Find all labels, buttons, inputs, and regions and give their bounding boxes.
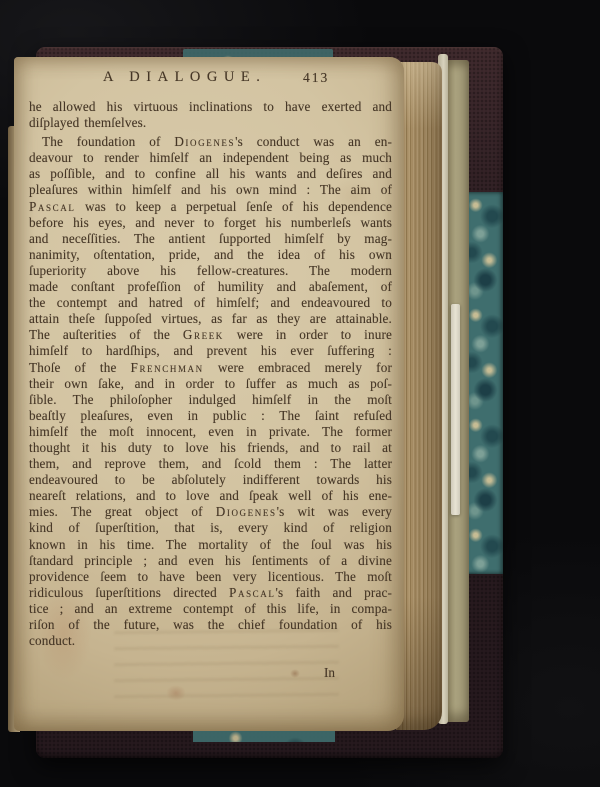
- text-line: before his eyes, and never to forget his…: [29, 215, 392, 231]
- catchword: In: [324, 665, 335, 680]
- text-line: pleaſures within himſelf and his own min…: [29, 182, 392, 198]
- text-line: ſible. The philoſopher indulged himſelf …: [29, 392, 392, 408]
- text-line: nanimity, oſtentation, pride, and the id…: [29, 247, 392, 263]
- text-line: Pascal was to keep a perpetual ſenſe of …: [29, 199, 392, 215]
- text-line: ridiculous ſuperſtitions directed Pascal…: [29, 585, 392, 601]
- bookmark-strip: [451, 304, 460, 515]
- text-line: tice ; and an extreme contempt of this l…: [29, 601, 392, 617]
- text-line: diſplayed themſelves.: [29, 115, 392, 131]
- text-line: them, and reprove them, and ſcold them :…: [29, 456, 392, 472]
- text-line: endeavoured to be abſolutely indifferent…: [29, 472, 392, 488]
- text-line: riſon of the future, was the chief found…: [29, 617, 392, 633]
- text-line: Thoſe of the Frenchman were embraced mer…: [29, 360, 392, 376]
- photo-stage: A DIALOGUE. 413 he allowed his virtuous …: [0, 0, 600, 787]
- marbled-board-right-edge: [464, 192, 503, 574]
- text-line: conduct.: [29, 633, 392, 649]
- text-line: himſelf the moſt innocent, even in priva…: [29, 424, 392, 440]
- page-content: A DIALOGUE. 413 he allowed his virtuous …: [29, 69, 392, 682]
- text-line: thought it his duty to love his friends,…: [29, 440, 392, 456]
- page-header: A DIALOGUE. 413: [29, 69, 392, 86]
- text-line: made conſtant profeſſion of humility and…: [29, 279, 392, 295]
- text-line: known in his time. The mortality of the …: [29, 537, 392, 553]
- text-line: beaſtly pleaſures, even in public : The …: [29, 408, 392, 424]
- catchword-row: In: [29, 664, 392, 682]
- text-line: himſelf to hardſhips, and prevent his ev…: [29, 343, 392, 359]
- text-line: and neceſſities. The antient ſupported h…: [29, 231, 392, 247]
- text-line: he allowed his virtuous inclinations to …: [29, 99, 392, 115]
- text-line: The foundation of Diogenes's conduct was…: [29, 134, 392, 150]
- text-line: providence ſeem to have been very licent…: [29, 569, 392, 585]
- text-line: ſtandard principle ; and even his ſentim…: [29, 553, 392, 569]
- text-line: attain theſe ſuppoſed virtues, as far as…: [29, 311, 392, 327]
- page-text: he allowed his virtuous inclinations to …: [29, 99, 392, 649]
- text-line: neareſt relations, and to love and ſpeak…: [29, 488, 392, 504]
- text-line: deavour to render himſelf an independent…: [29, 150, 392, 166]
- text-line: mies. The great object of Diogenes's wit…: [29, 504, 392, 520]
- paragraph: The foundation of Diogenes's conduct was…: [29, 134, 392, 649]
- text-line: The auſterities of the Greek were in ord…: [29, 327, 392, 343]
- text-line: kind of ſuperſtition, that is, every kin…: [29, 520, 392, 536]
- text-line: as poſſible, and to confine all his want…: [29, 166, 392, 182]
- book-page: A DIALOGUE. 413 he allowed his virtuous …: [14, 57, 404, 731]
- text-line: their own ſake, and in order to ſuffer a…: [29, 376, 392, 392]
- running-title: A DIALOGUE.: [103, 69, 266, 86]
- text-line: ſuperiority above his fellow-creatures. …: [29, 263, 392, 279]
- page-number: 413: [303, 70, 329, 86]
- text-line: the contempt and hatred of himſelf; and …: [29, 295, 392, 311]
- paragraph: he allowed his virtuous inclinations to …: [29, 99, 392, 131]
